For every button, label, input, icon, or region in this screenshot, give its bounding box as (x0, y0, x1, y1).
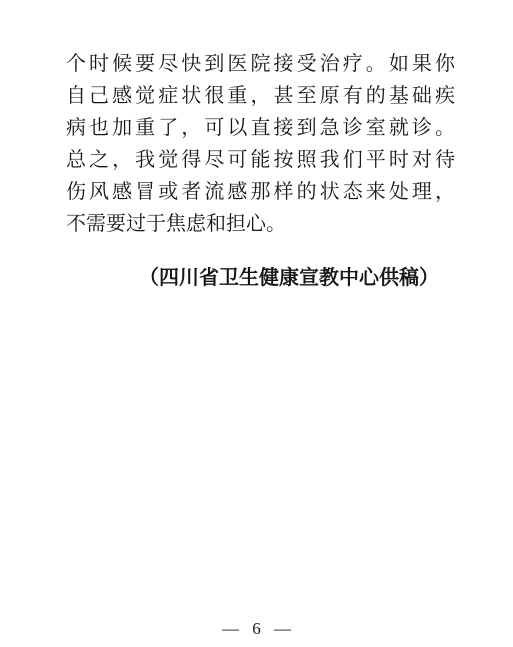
body-paragraph: 个时候要尽快到医院接受治疗。如果你 自己感觉症状很重，甚至原有的基础疾 病也加重… (66, 48, 455, 240)
footer-right-dash: — (274, 619, 291, 638)
document-page: 个时候要尽快到医院接受治疗。如果你 自己感觉症状很重，甚至原有的基础疾 病也加重… (0, 0, 513, 647)
paragraph-line: 个时候要尽快到医院接受治疗。如果你 (66, 48, 455, 80)
footer-left-dash: — (222, 619, 239, 638)
page-number: 6 (252, 617, 261, 641)
paragraph-line: 伤风感冒或者流感那样的状态来处理， (66, 176, 455, 208)
paragraph-line: 自己感觉症状很重，甚至原有的基础疾 (66, 80, 455, 112)
paragraph-line: 病也加重了，可以直接到急诊室就诊。 (66, 112, 455, 144)
page-footer: — 6 — (0, 617, 513, 641)
attribution-line: （四川省卫生健康宣教中心供稿） (66, 263, 455, 293)
paragraph-line: 总之，我觉得尽可能按照我们平时对待 (66, 144, 455, 176)
paragraph-line: 不需要过于焦虑和担心。 (66, 208, 455, 240)
